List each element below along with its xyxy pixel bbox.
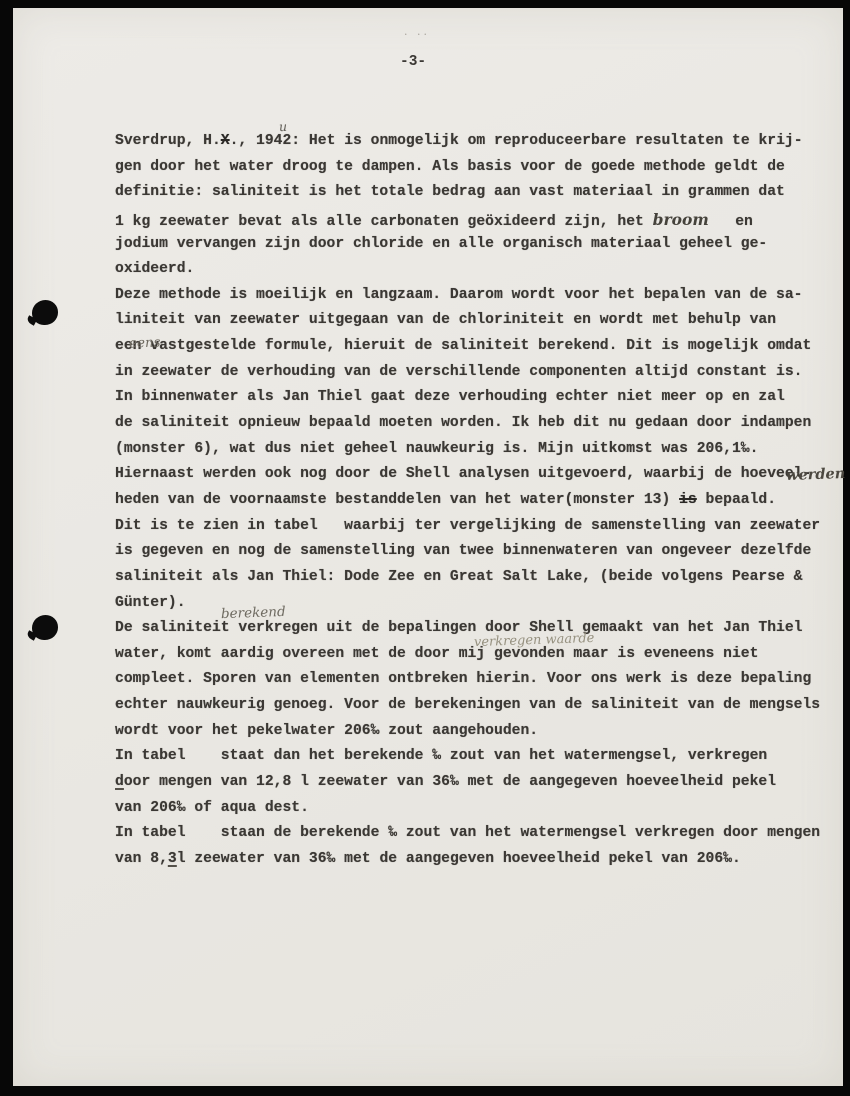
struck-through-text: X [221,133,230,149]
handwritten-annotation: u [279,119,288,134]
typed-text: bepaald. [697,492,776,508]
typed-text: ., 1942: Het is onmogelijk om reproducee… [230,133,803,149]
typed-text: gen door het water droog te dampen. Als … [115,159,785,175]
text-line: echter nauwkeurig genoeg. Voor de bereke… [115,697,835,723]
typed-text: is gegeven en nog de samenstelling van t… [115,543,811,559]
text-line: saliniteit als Jan Thiel: Dode Zee en Gr… [115,569,835,595]
typed-text: van 206‰ of aqua dest. [115,800,309,816]
text-line: Dit is te zien in tabel waarbij ter verg… [115,518,835,544]
typed-text: (monster 6), wat dus niet geheel nauwkeu… [115,441,758,457]
text-line: van 8,3l zeewater van 36‰ met de aangege… [115,851,835,877]
underlined-text: 3 [168,851,177,867]
typed-text: heden van de voornaamste bestanddelen va… [115,492,679,508]
text-line: Hiernaast werden ook nog door de Shell a… [115,466,835,492]
document-body: Sverdrup, H.X., 1942: Het is onmogelijk … [115,133,835,877]
text-line: Deze methode is moeilijk en langzaam. Da… [115,287,835,313]
text-line: definitie: saliniteit is het totale bedr… [115,184,835,210]
text-line: compleet. Sporen van elementen ontbreken… [115,671,835,697]
text-line: In tabel staan de berekende ‰ zout van h… [115,825,835,851]
typed-text: jodium vervangen zijn door chloride en a… [115,236,767,252]
text-line: gen door het water droog te dampen. Als … [115,159,835,185]
typed-text: liniteit van zeewater uitgegaan van de c… [115,312,776,328]
typed-text: 1 kg zeewater bevat als alle carbonaten … [115,214,653,230]
typed-text: een vastgestelde formule, hieruit de sal… [115,338,811,354]
scan-background: { "page": { "page_number": "-3-" }, "art… [0,0,850,1096]
text-line: heden van de voornaamste bestanddelen va… [115,492,835,518]
typed-text: compleet. Sporen van elementen ontbreken… [115,671,811,687]
text-line: door mengen van 12,8 l zeewater van 36‰ … [115,774,835,800]
typed-text: water, komt aardig overeen met de door m… [115,646,758,662]
struck-through-text: is [679,492,697,508]
text-line: liniteit van zeewater uitgegaan van de c… [115,312,835,338]
typed-text: van 8, [115,851,168,867]
underlined-text: d [115,774,124,790]
text-line: In binnenwater als Jan Thiel gaat deze v… [115,389,835,415]
typed-text: oxideerd. [115,261,194,277]
typed-text: In tabel staan de berekende ‰ zout van h… [115,825,820,841]
typed-text: saliniteit als Jan Thiel: Dode Zee en Gr… [115,569,803,585]
typed-text: oor mengen van 12,8 l zeewater van 36‰ m… [124,774,776,790]
page-number: -3- [400,54,426,70]
text-line: de saliniteit opnieuw bepaald moeten wor… [115,415,835,441]
text-line: oxideerd. [115,261,835,287]
text-line: jodium vervangen zijn door chloride en a… [115,236,835,262]
typed-text: In binnenwater als Jan Thiel gaat deze v… [115,389,785,405]
typed-text: Hiernaast werden ook nog door de Shell a… [115,466,811,482]
typed-text: echter nauwkeurig genoeg. Voor de bereke… [115,697,820,713]
handwritten-annotation: eens [129,334,161,351]
handwritten-annotation: werden [786,465,846,484]
text-line: 1 kg zeewater bevat als alle carbonaten … [115,210,835,236]
text-line: In tabel staat dan het berekende ‰ zout … [115,748,835,774]
handwritten-annotation: berekend [221,604,286,622]
typed-text: en [709,214,753,230]
text-line: is gegeven en nog de samenstelling van t… [115,543,835,569]
typed-text: De saliniteit verkregen uit de bepalinge… [115,620,803,636]
text-line: in zeewater de verhouding van de verschi… [115,364,835,390]
typed-text: Sverdrup, H. [115,133,221,149]
text-line: van 206‰ of aqua dest. [115,800,835,826]
text-line: een vastgestelde formule, hieruit de sal… [115,338,835,364]
typed-text: wordt voor het pekelwater 206‰ zout aang… [115,723,538,739]
punch-hole [32,300,58,325]
typed-text: Günter). [115,595,186,611]
typed-text: Deze methode is moeilijk en langzaam. Da… [115,287,803,303]
typed-text: Dit is te zien in tabel waarbij ter verg… [115,518,820,534]
text-line: wordt voor het pekelwater 206‰ zout aang… [115,723,835,749]
typed-text: l zeewater van 36‰ met de aangegeven hoe… [177,851,741,867]
typed-text: definitie: saliniteit is het totale bedr… [115,184,785,200]
text-line: Sverdrup, H.X., 1942: Het is onmogelijk … [115,133,835,159]
handwritten-inline-word: broom [653,210,709,229]
punch-hole [32,615,58,640]
typed-text: In tabel staat dan het berekende ‰ zout … [115,748,767,764]
text-line: (monster 6), wat dus niet geheel nauwkeu… [115,441,835,467]
pencil-mark: · ·· [404,28,430,41]
typed-text: in zeewater de verhouding van de verschi… [115,364,803,380]
typed-text: de saliniteit opnieuw bepaald moeten wor… [115,415,811,431]
